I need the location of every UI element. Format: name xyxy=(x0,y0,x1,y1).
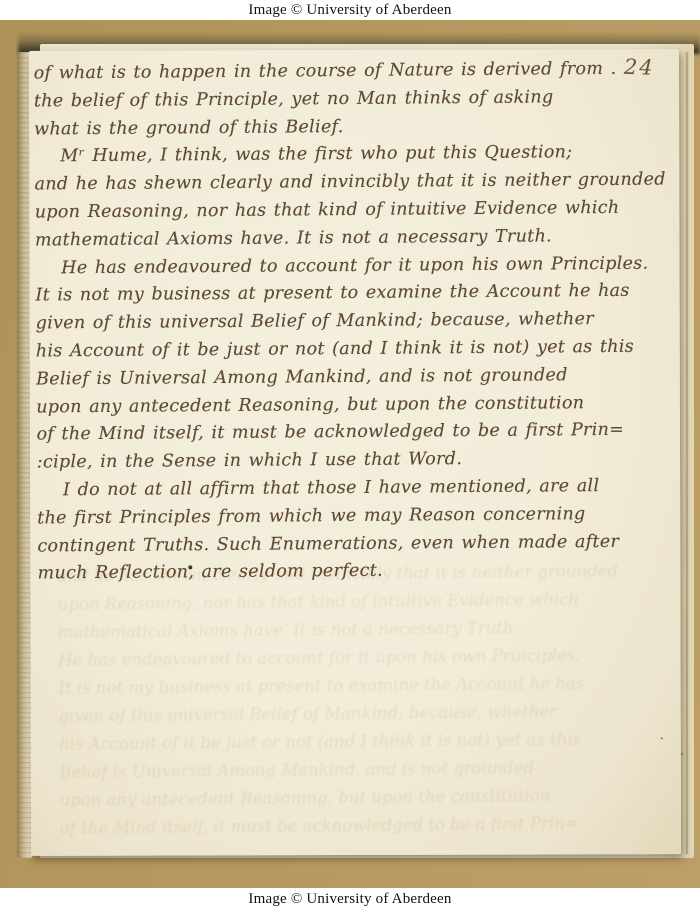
copyright-text-top: Image © University of Aberdeen xyxy=(248,2,451,19)
manuscript-page: 24 and he has shewn clearly and invincib… xyxy=(29,49,681,856)
handwritten-line: of what is to happen in the course of Na… xyxy=(34,56,650,89)
bleedthrough-line: his Account of it be just or not (and I … xyxy=(59,725,639,759)
handwritten-line: I do not at all affirm that those I have… xyxy=(37,473,653,506)
handwritten-line: much Reflection, are seldom perfect. xyxy=(38,556,654,589)
copyright-banner-bottom: Image © University of Aberdeen xyxy=(0,888,700,910)
ink-spot xyxy=(661,737,663,739)
bleedthrough-writing: and he has shewn clearly and invincibly … xyxy=(57,557,640,853)
copyright-banner-top: Image © University of Aberdeen xyxy=(0,0,700,20)
bleedthrough-line: of the Mind itself, it must be acknowled… xyxy=(60,809,640,843)
manuscript-scan: 24 and he has shewn clearly and invincib… xyxy=(0,20,700,888)
handwritten-line: Belief is Universal Among Mankind, and i… xyxy=(36,361,652,394)
handwritten-line: upon Reasoning, nor has that kind of int… xyxy=(35,195,651,228)
copyright-text-bottom: Image © University of Aberdeen xyxy=(248,891,451,908)
ink-spot xyxy=(188,565,192,569)
bleedthrough-line: upon Reasoning, nor has that kind of int… xyxy=(58,585,638,619)
ink-spot xyxy=(681,753,683,755)
handwritten-line: of the Mind itself, it must be acknowled… xyxy=(36,417,652,450)
page-edge-crease xyxy=(686,52,688,854)
handwritten-text-block: of what is to happen in the course of Na… xyxy=(34,56,654,589)
handwritten-line: contingent Truths. Such Enumerations, ev… xyxy=(37,528,653,561)
handwritten-line: the first Principles from which we may R… xyxy=(37,500,653,533)
